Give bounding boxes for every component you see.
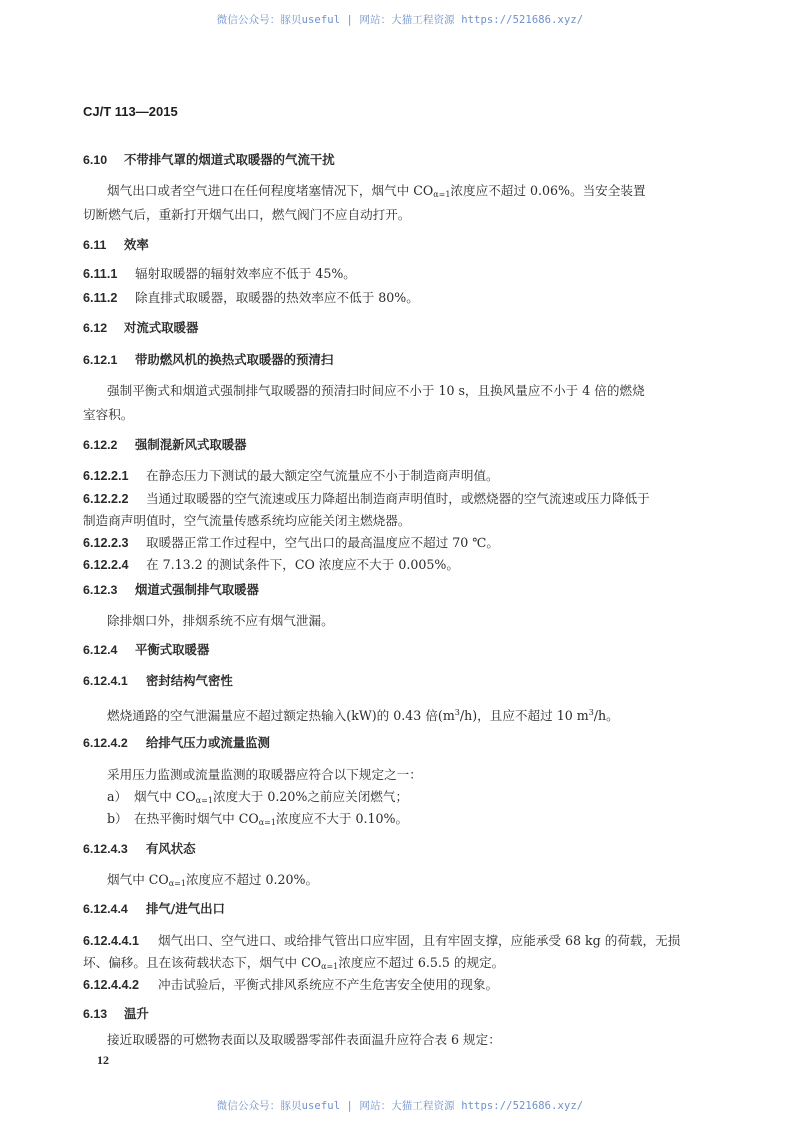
paragraph: 采用压力监测或流量监测的取暖器应符合以下规定之一：: [107, 767, 422, 783]
section-title: 平衡式取暖器: [135, 642, 209, 657]
text: 坏、偏移。且在该荷载状态下，烟气中 CO: [83, 955, 321, 970]
section-number: 6.12: [83, 320, 124, 336]
paragraph: 烟气出口或者空气进口在任何程度堵塞情况下，烟气中 COα=1浓度应不超过 0.0…: [107, 183, 646, 203]
subscript: α=1: [169, 879, 186, 888]
clause-6-11-2: 6.11.2除直排式取暖器，取暖器的热效率应不低于 80%。: [83, 290, 419, 306]
watermark-top: 微信公众号：豚贝useful | 网站：大猫工程资源 https://52168…: [0, 12, 800, 27]
clause-number: 6.12.4.4.1: [83, 933, 158, 949]
text: 烟气中 CO: [134, 789, 196, 804]
clause-text: 取暖器正常工作过程中，空气出口的最高温度应不超过 70 ℃。: [146, 535, 499, 550]
clause-6-12-2-2: 6.12.2.2当通过取暖器的空气流速或压力降超出制造商声明值时，或燃烧器的空气…: [83, 491, 650, 507]
text: 浓度应不超过 6.5.5 的规定。: [338, 955, 504, 970]
section-title: 不带排气罩的烟道式取暖器的气流干扰: [124, 152, 335, 167]
section-title: 烟道式强制排气取暖器: [135, 582, 259, 597]
clause-6-11-1: 6.11.1辐射取暖器的辐射效率应不低于 45%。: [83, 266, 356, 282]
clause-number: 6.12.4.4.2: [83, 977, 158, 993]
clause-text: 冲击试验后，平衡式排风系统应不产生危害安全使用的现象。: [158, 977, 498, 992]
clause-number: 6.11.2: [83, 290, 135, 306]
subscript: α=1: [259, 818, 276, 827]
section-6-11-heading: 6.11效率: [83, 237, 149, 253]
text: 浓度大于 0.20%之前应关闭燃气；: [213, 789, 408, 804]
clause-text: 在 7.13.2 的测试条件下，CO 浓度应不大于 0.005%。: [146, 557, 459, 572]
paragraph: 接近取暖器的可燃物表面以及取暖器零部件表面温升应符合表 6 规定：: [107, 1032, 501, 1048]
subscript: α=1: [321, 962, 338, 971]
subscript: α=1: [433, 190, 450, 199]
clause-number: 6.11.1: [83, 266, 135, 282]
section-number: 6.12.4.4: [83, 901, 146, 917]
section-number: 6.12.2: [83, 437, 135, 453]
clause-6-12-4-4-1: 6.12.4.4.1烟气出口、空气进口、或给排气管出口应牢固，且有牢固支撑，应能…: [83, 933, 680, 949]
text: 烟气出口或者空气进口在任何程度堵塞情况下，烟气中 CO: [107, 183, 433, 198]
clause-text: 烟气出口、空气进口、或给排气管出口应牢固，且有牢固支撑，应能承受 68 kg 的…: [158, 933, 680, 948]
section-title: 给排气压力或流量监测: [146, 735, 270, 750]
section-6-12-1-heading: 6.12.1带助燃风机的换热式取暖器的预清扫: [83, 352, 333, 368]
paragraph: 除排烟口外，排烟系统不应有烟气泄漏。: [107, 613, 334, 629]
standard-code: CJ/T 113—2015: [83, 104, 178, 119]
text: 浓度应不大于 0.10%。: [276, 811, 408, 826]
clause-6-12-2-1: 6.12.2.1在静态压力下测试的最大额定空气流量应不小于制造商声明值。: [83, 468, 499, 484]
list-label: a）: [107, 789, 134, 805]
section-number: 6.12.3: [83, 582, 135, 598]
list-item-a: a）烟气中 COα=1浓度大于 0.20%之前应关闭燃气；: [107, 789, 408, 809]
text: /h)，且应不超过 10 m: [460, 708, 589, 723]
section-6-13-heading: 6.13温升: [83, 1006, 149, 1022]
paragraph: 室容积。: [83, 407, 133, 423]
section-number: 6.12.4.2: [83, 735, 146, 751]
text: 浓度应不超过 0.06%。当安全装置: [450, 183, 645, 198]
paragraph: 燃烧通路的空气泄漏量应不超过额定热输入(kW)的 0.43 倍(m3/h)，且应…: [107, 705, 619, 724]
text: 在热平衡时烟气中 CO: [134, 811, 259, 826]
list-label: b）: [107, 811, 134, 827]
clause-text: 辐射取暖器的辐射效率应不低于 45%。: [135, 266, 356, 281]
clause-6-12-2-3: 6.12.2.3取暖器正常工作过程中，空气出口的最高温度应不超过 70 ℃。: [83, 535, 499, 551]
section-number: 6.11: [83, 237, 124, 253]
text: 浓度应不超过 0.20%。: [186, 872, 318, 887]
section-title: 密封结构气密性: [146, 673, 233, 688]
section-number: 6.13: [83, 1006, 124, 1022]
watermark-bottom: 微信公众号：豚贝useful | 网站：大猫工程资源 https://52168…: [0, 1098, 800, 1113]
paragraph: 切断燃气后，重新打开烟气出口，燃气阀门不应自动打开。: [83, 207, 410, 223]
section-6-12-4-1-heading: 6.12.4.1密封结构气密性: [83, 673, 233, 689]
section-6-12-4-4-heading: 6.12.4.4排气/进气出口: [83, 901, 225, 917]
clause-text: 除直排式取暖器，取暖器的热效率应不低于 80%。: [135, 290, 419, 305]
section-6-12-heading: 6.12对流式取暖器: [83, 320, 198, 336]
section-6-12-3-heading: 6.12.3烟道式强制排气取暖器: [83, 582, 259, 598]
clause-text: 当通过取暖器的空气流速或压力降超出制造商声明值时，或燃烧器的空气流速或压力降低于: [146, 491, 650, 506]
section-title: 强制混新风式取暖器: [135, 437, 247, 452]
clause-continuation: 制造商声明值时，空气流量传感系统均应能关闭主燃烧器。: [83, 513, 410, 529]
section-6-12-2-heading: 6.12.2强制混新风式取暖器: [83, 437, 247, 453]
clause-number: 6.12.2.4: [83, 557, 146, 573]
text: 烟气中 CO: [107, 872, 169, 887]
clause-6-12-2-4: 6.12.2.4在 7.13.2 的测试条件下，CO 浓度应不大于 0.005%…: [83, 557, 459, 573]
clause-number: 6.12.2.1: [83, 468, 146, 484]
section-title: 排气/进气出口: [146, 901, 225, 916]
text: /h。: [594, 708, 619, 723]
section-title: 效率: [124, 237, 149, 252]
section-number: 6.12.1: [83, 352, 135, 368]
paragraph: 烟气中 COα=1浓度应不超过 0.20%。: [107, 872, 318, 892]
section-number: 6.10: [83, 152, 124, 168]
paragraph: 强制平衡式和烟道式强制排气取暖器的预清扫时间应不小于 10 s，且换风量应不小于…: [107, 383, 645, 399]
section-6-12-4-3-heading: 6.12.4.3有风状态: [83, 841, 196, 857]
section-number: 6.12.4.1: [83, 673, 146, 689]
section-title: 对流式取暖器: [124, 320, 198, 335]
text: 燃烧通路的空气泄漏量应不超过额定热输入(kW)的 0.43 倍(m: [107, 708, 455, 723]
section-6-12-4-heading: 6.12.4平衡式取暖器: [83, 642, 209, 658]
section-title: 带助燃风机的换热式取暖器的预清扫: [135, 352, 333, 367]
section-number: 6.12.4.3: [83, 841, 146, 857]
list-item-b: b）在热平衡时烟气中 COα=1浓度应不大于 0.10%。: [107, 811, 408, 831]
clause-6-12-4-4-2: 6.12.4.4.2冲击试验后，平衡式排风系统应不产生危害安全使用的现象。: [83, 977, 498, 993]
clause-number: 6.12.2.3: [83, 535, 146, 551]
clause-text: 在静态压力下测试的最大额定空气流量应不小于制造商声明值。: [146, 468, 499, 483]
clause-number: 6.12.2.2: [83, 491, 146, 507]
section-title: 温升: [124, 1006, 149, 1021]
page-number: 12: [97, 1053, 109, 1068]
section-number: 6.12.4: [83, 642, 135, 658]
section-6-10-heading: 6.10不带排气罩的烟道式取暖器的气流干扰: [83, 152, 335, 168]
clause-continuation: 坏、偏移。且在该荷载状态下，烟气中 COα=1浓度应不超过 6.5.5 的规定。: [83, 955, 504, 975]
section-title: 有风状态: [146, 841, 196, 856]
subscript: α=1: [196, 796, 213, 805]
section-6-12-4-2-heading: 6.12.4.2给排气压力或流量监测: [83, 735, 270, 751]
